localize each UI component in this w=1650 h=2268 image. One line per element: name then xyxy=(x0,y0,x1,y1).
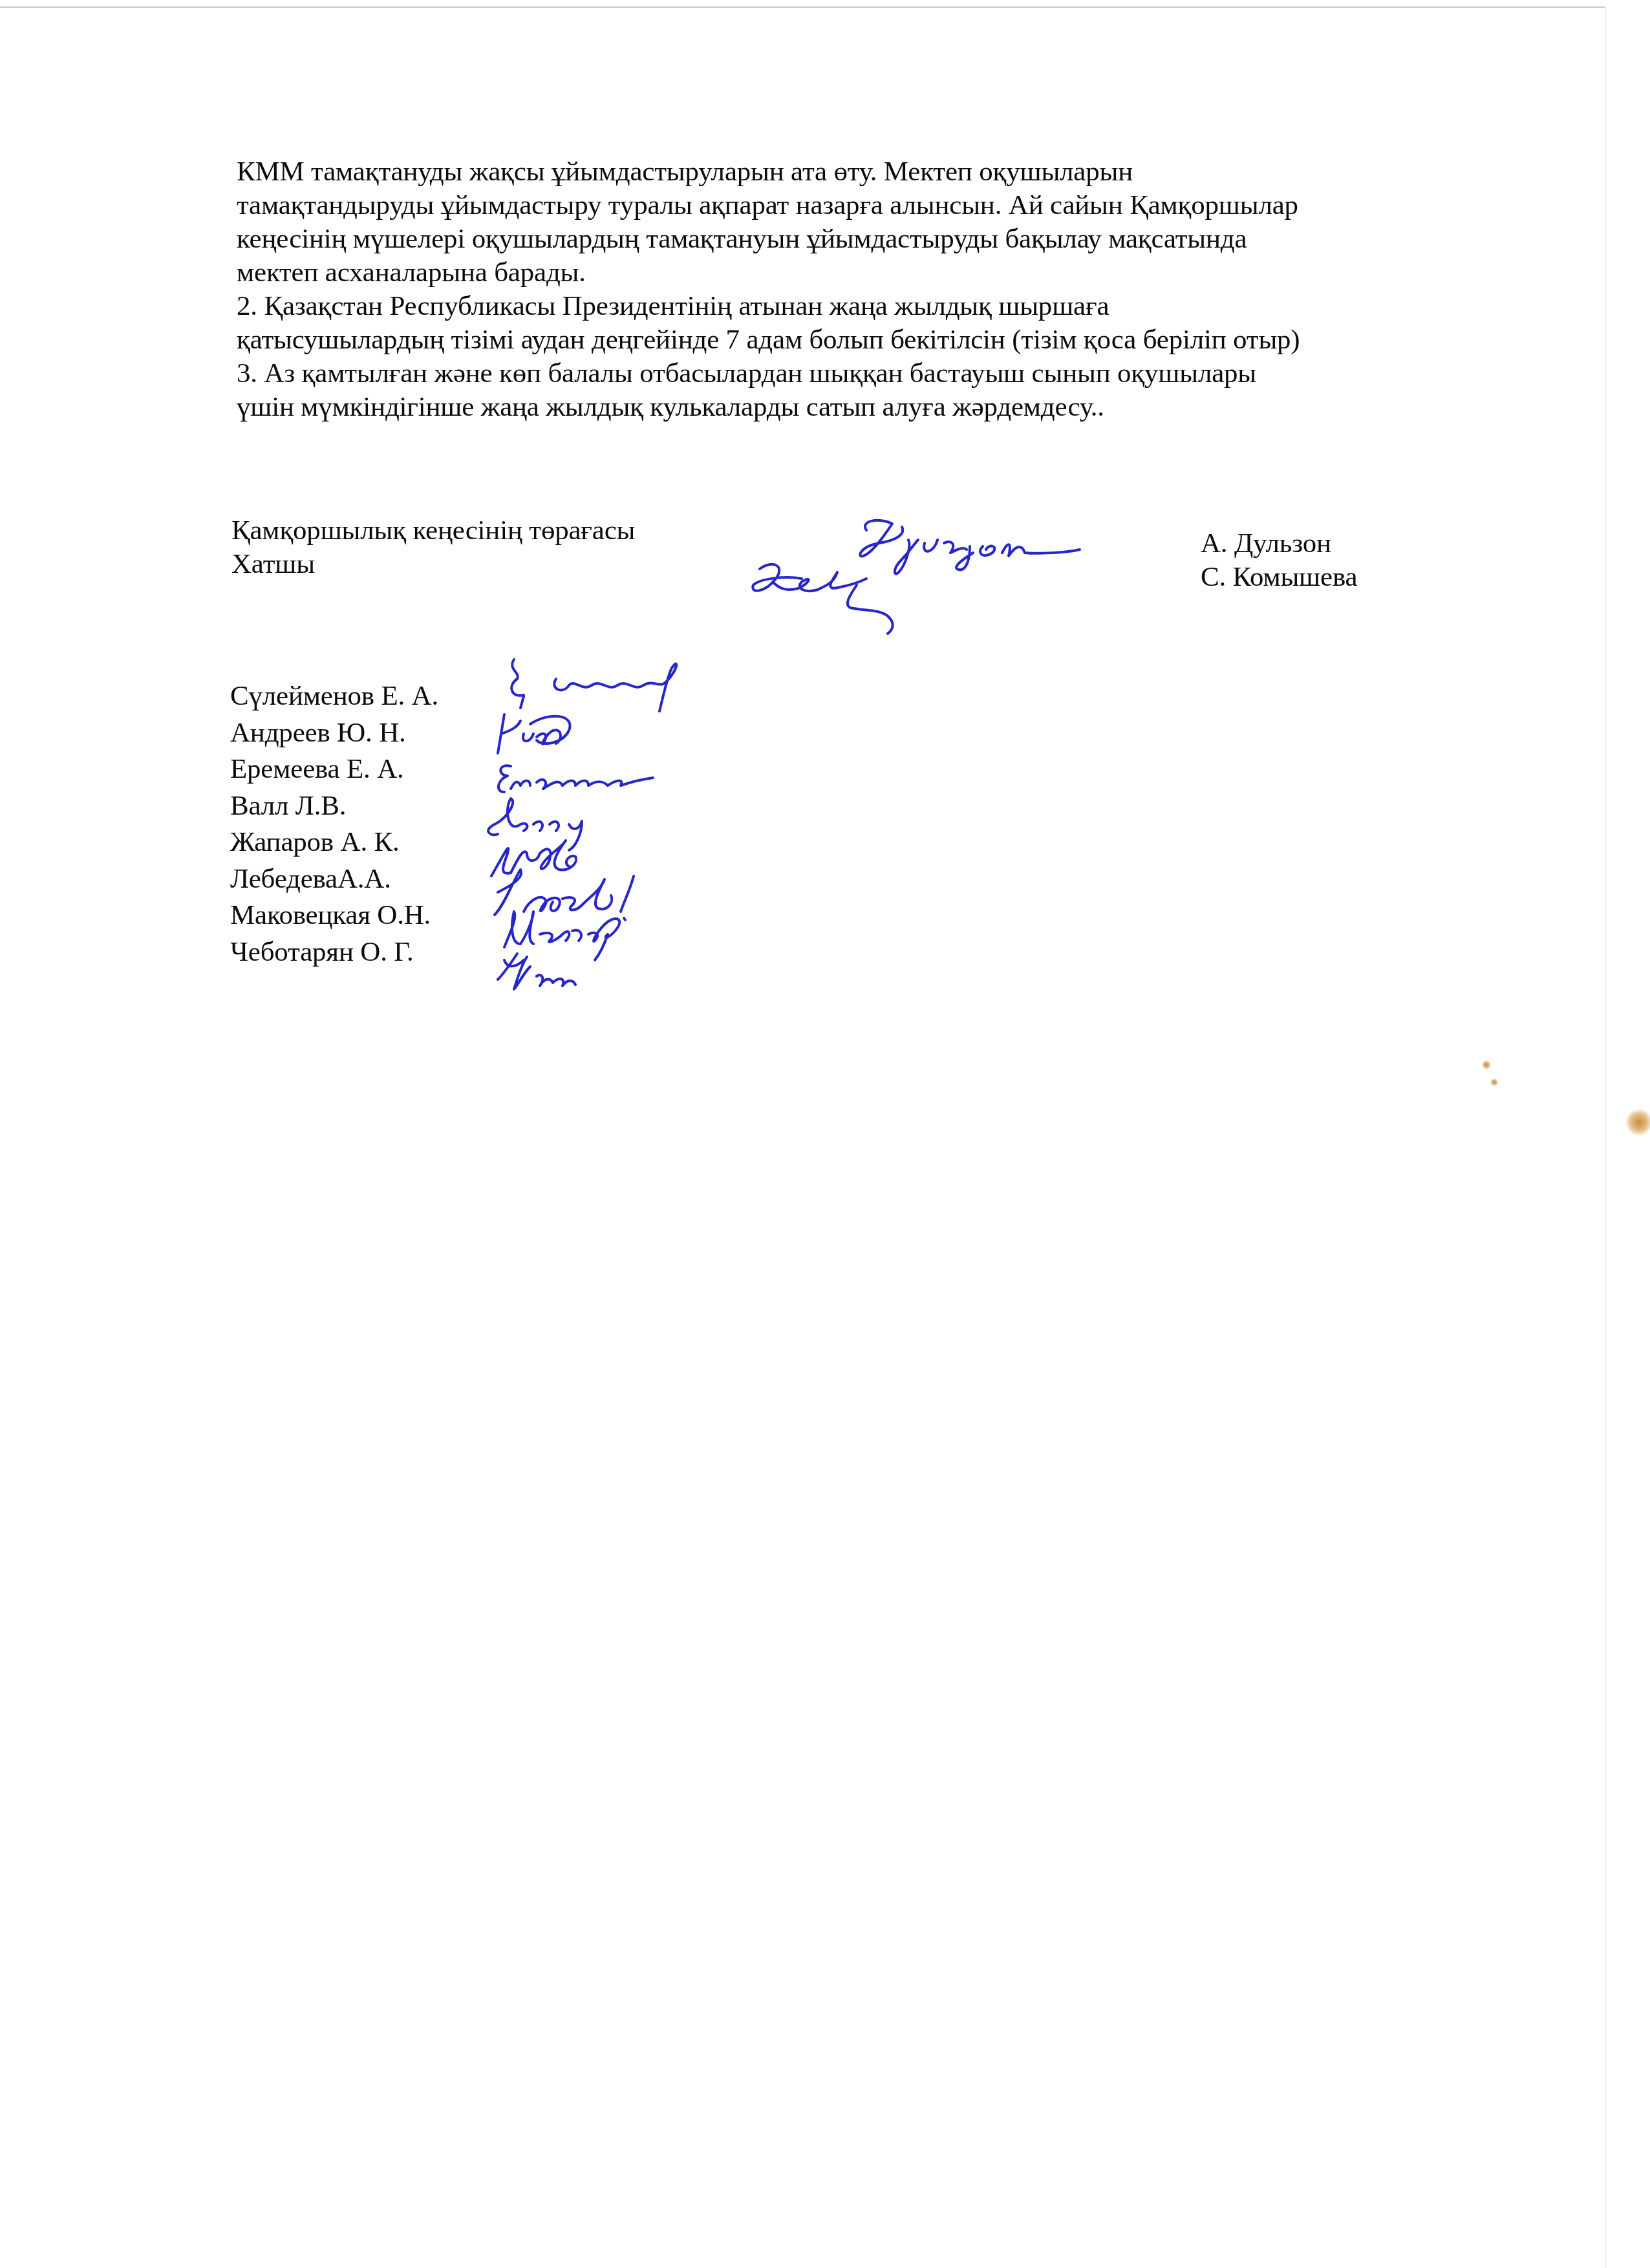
member-name: Андреев Ю. Н. xyxy=(230,715,438,752)
chair-title: Қамқоршылық кеңесінің төрағасы xyxy=(231,514,635,548)
member-name: Еремеева Е. А. xyxy=(230,751,438,788)
secretary-title: Хатшы xyxy=(231,548,635,581)
chair-name: А. Дульзон xyxy=(1201,527,1357,561)
body-line: КММ тамақтануды жақсы ұйымдастыруларын а… xyxy=(237,155,1562,189)
body-line: үшін мүмкіндігінше жаңа жылдық кулькалар… xyxy=(237,390,1562,424)
member-name: Валл Л.В. xyxy=(230,788,438,825)
signatory-titles: Қамқоршылық кеңесінің төрағасы Хатшы xyxy=(231,514,635,581)
chair-signature-icon xyxy=(853,508,1099,579)
member-signature-icon xyxy=(504,650,750,721)
member-name: Маковецкая О.Н. xyxy=(230,897,438,934)
member-signature-icon xyxy=(478,828,634,886)
body-line-item-3: 3. Аз қамтылған және көп балалы отбасыла… xyxy=(237,357,1562,390)
member-signature-icon xyxy=(485,866,705,925)
signatory-names: А. Дульзон С. Комышева xyxy=(1201,527,1357,594)
member-signature-icon xyxy=(491,708,621,760)
member-name: Сүлейменов Е. А. xyxy=(230,678,438,715)
member-name: Жапаров А. К. xyxy=(230,824,438,861)
paper-stain xyxy=(1482,1060,1491,1069)
scan-edge-top xyxy=(0,6,1605,8)
member-signature-icon xyxy=(491,753,698,805)
document-body: КММ тамақтануды жақсы ұйымдастыруларын а… xyxy=(237,155,1562,424)
member-name: ЛебедеваА.А. xyxy=(230,861,438,898)
paper-stain xyxy=(1626,1109,1650,1136)
body-line: кеңесінің мүшелері оқушылардың тамақтану… xyxy=(237,222,1562,256)
body-line: мектеп асханаларына барады. xyxy=(237,256,1562,290)
body-line: тамақтандыруды ұйымдастыру туралы ақпара… xyxy=(237,189,1562,222)
member-signature-icon xyxy=(498,905,685,963)
council-members-list: Сүлейменов Е. А. Андреев Ю. Н. Еремеева … xyxy=(230,678,438,970)
member-signature-icon xyxy=(491,947,601,999)
body-line: қатысушылардың тізімі аудан деңгейінде 7… xyxy=(237,323,1562,357)
secretary-signature-icon xyxy=(747,556,915,647)
secretary-name: С. Комышева xyxy=(1201,561,1357,594)
paper-stain xyxy=(1490,1078,1498,1086)
member-name: Чеботарян О. Г. xyxy=(230,934,438,971)
scanned-page: КММ тамақтануды жақсы ұйымдастыруларын а… xyxy=(0,0,1650,2268)
member-signature-icon xyxy=(478,795,621,853)
body-line-item-2: 2. Қазақстан Республикасы Президентінің … xyxy=(237,290,1562,323)
scan-edge-right xyxy=(1605,6,1606,2268)
